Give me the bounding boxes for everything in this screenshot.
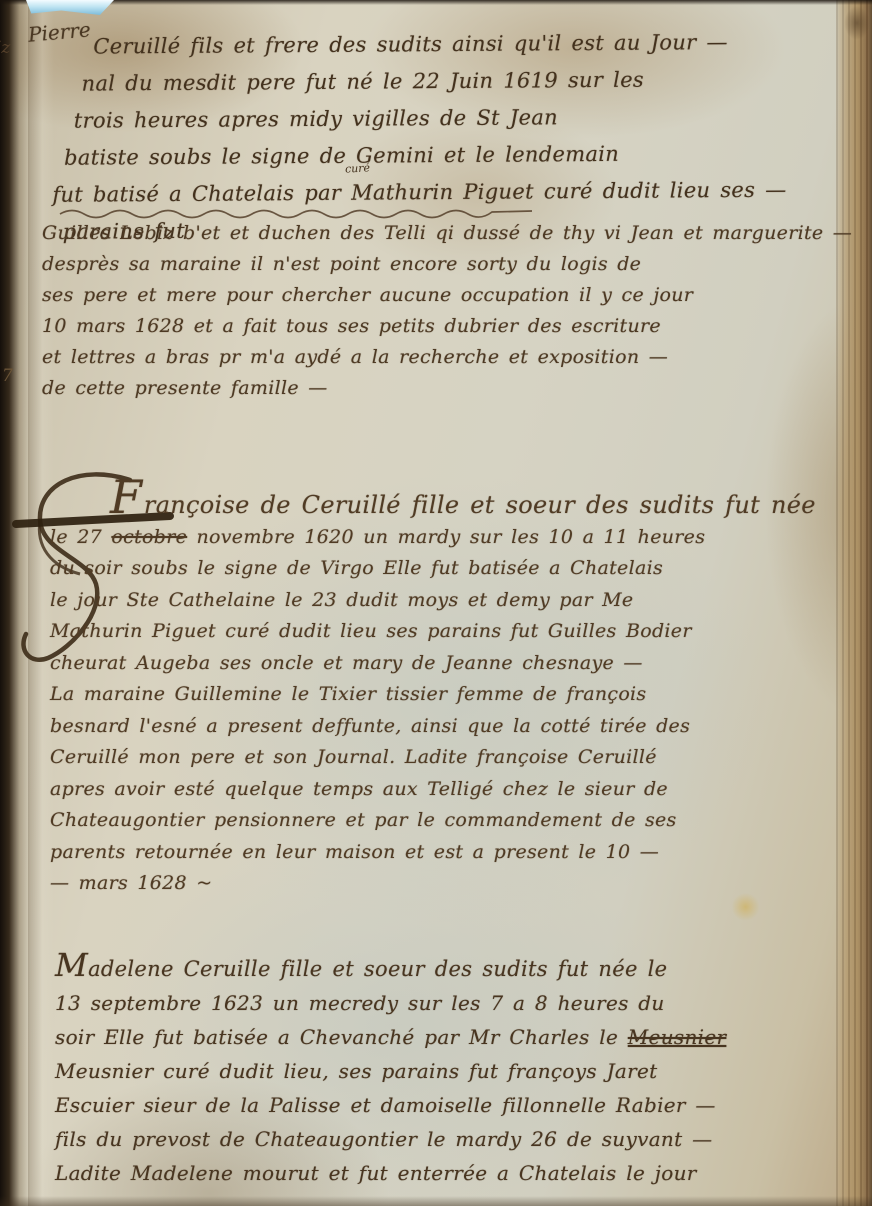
text-segment: soir Elle fut batisée a Chevanché par Mr… [55, 1025, 628, 1049]
text-line: Ladite Madelene mourut et fut enterrée a… [55, 1156, 855, 1190]
bottom-edge-shadow [0, 1196, 872, 1206]
margin-edge-fragment: iz [0, 38, 10, 58]
text-line: nal du mesdit pere fut né le 22 Juin 161… [51, 60, 851, 103]
margin-mark: 7 [2, 366, 13, 386]
text-segment: novembre 1620 un mardy sur les 10 a 11 h… [187, 526, 705, 548]
entry-francoise: Françoise de Ceruillé fille et soeur des… [38, 482, 850, 900]
text-line: 10 mars 1628 et a fait tous ses petits d… [42, 311, 852, 342]
top-edge-shadow [0, 0, 872, 5]
text-line: trois heures apres midy vigilles de St J… [52, 97, 852, 140]
entry-madelene: Madelene Ceruille fille et soeur des sud… [55, 948, 855, 1190]
text-line: ses pere et mere pour chercher aucune oc… [42, 280, 852, 311]
text-line: Meusnier curé dudit lieu, ses parains fu… [55, 1054, 855, 1088]
text-line: Françoise de Ceruillé fille et soeur des… [38, 482, 850, 522]
text-line: de cette presente famille — [42, 373, 852, 404]
manuscript-page: Pierre iz 7 Ceruillé fils et frere des s… [0, 0, 872, 1206]
struck-word-octobre: octobre [111, 526, 187, 548]
text-line: La maraine Guillemine le Tixier tissier … [38, 679, 850, 711]
text-segment: le 27 [50, 526, 111, 548]
text-line: fils du prevost de Chateaugontier le mar… [55, 1122, 855, 1156]
text-line: du soir soubs le signe de Virgo Elle fut… [38, 553, 850, 585]
entry-commentary: Guilles Lebiz b'et et duchen des Telli q… [42, 218, 852, 404]
text-line-with-correction: le 27 octobre novembre 1620 un mardy sur… [38, 522, 850, 554]
text-line: apres avoir esté quelque temps aux Telli… [38, 774, 850, 806]
struck-word-meusnier: Meusnier [628, 1025, 727, 1049]
text-line: et lettres a bras pr m'a aydé a la reche… [42, 342, 852, 373]
text-line: batiste soubs le signe de Gemini et le l… [52, 134, 852, 177]
text-line: besnard l'esné a present deffunte, ainsi… [38, 711, 850, 743]
text-line: cheurat Augeba ses oncle et mary de Jean… [38, 648, 850, 680]
text-line: parents retournée en leur maison et est … [38, 837, 850, 869]
text-line: Escuier sieur de la Palisse et damoisell… [55, 1088, 855, 1122]
text-line: — mars 1628 ~ [38, 868, 850, 900]
text-line: 13 septembre 1623 un mecredy sur les 7 a… [55, 986, 855, 1020]
text-line: Ceruillé mon pere et son Journal. Ladite… [38, 742, 850, 774]
text-line: Chateaugontier pensionnere et par le com… [38, 805, 850, 837]
text-line-with-correction: soir Elle fut batisée a Chevanché par Mr… [55, 1020, 855, 1054]
text-line: Madelene Ceruille fille et soeur des sud… [55, 948, 855, 986]
text-line: Guilles Lebiz b'et et duchen des Telli q… [42, 218, 852, 249]
text-line: desprès sa maraine il n'est point encore… [42, 249, 852, 280]
text-line: Mathurin Piguet curé dudit lieu ses para… [38, 616, 850, 648]
text-line: Ceruillé fils et frere des sudits ainsi … [51, 23, 851, 66]
text-line: le jour Ste Cathelaine le 23 dudit moys … [38, 585, 850, 617]
interlinear-insertion: curé [345, 161, 371, 175]
